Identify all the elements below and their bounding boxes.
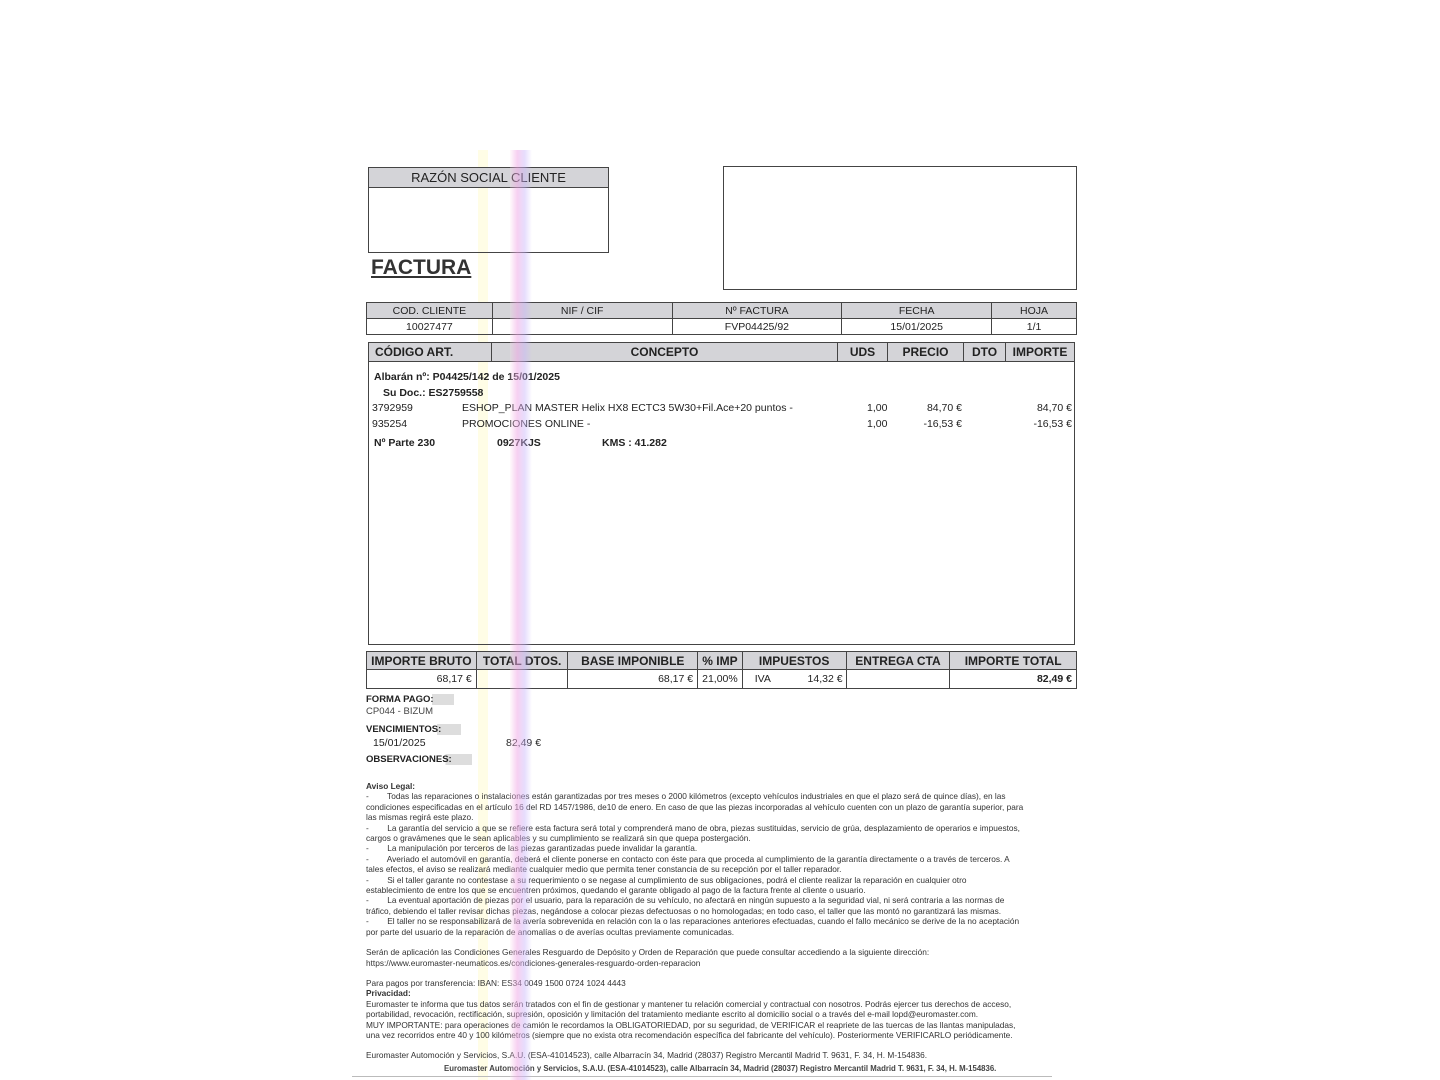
item-concept: PROMOCIONES ONLINE - (462, 418, 590, 430)
bottom-divider (352, 1076, 1052, 1077)
conditions-url: https://www.euromaster-neumaticos.es/con… (366, 958, 1078, 968)
item-uds: 1,00 (867, 418, 887, 430)
legal-line: - Si el taller garante no contestase a s… (366, 875, 1078, 885)
col-num-factura: Nº FACTURA (672, 303, 842, 319)
item-precio: -16,53 € (923, 418, 962, 430)
invoice-info-table: COD. CLIENTE NIF / CIF Nº FACTURA FECHA … (366, 302, 1077, 335)
tax-amount: 14,32 € (808, 673, 843, 685)
su-doc-ref: Su Doc.: ES2759558 (383, 387, 483, 399)
nif-cif (492, 319, 672, 335)
privacy-title: Privacidad: (366, 988, 1078, 998)
pct-imp: 21,00% (698, 670, 743, 689)
page-title: FACTURA (371, 256, 471, 280)
legal-line: - Todas las reparaciones o instalaciones… (366, 791, 1078, 801)
col-pct-imp: % IMP (698, 652, 743, 670)
legal-title: Aviso Legal: (366, 781, 1078, 791)
totals-table: IMPORTE BRUTO TOTAL DTOS. BASE IMPONIBLE… (366, 651, 1077, 689)
invoice-info-header: COD. CLIENTE NIF / CIF Nº FACTURA FECHA … (367, 303, 1077, 319)
invoice-number: FVP04425/92 (672, 319, 842, 335)
kilometers: KMS : 41.282 (602, 437, 667, 449)
invoice-info-values: 10027477 FVP04425/92 15/01/2025 1/1 (367, 319, 1077, 335)
legal-line: - El taller no se responsabilizará de la… (366, 916, 1078, 926)
total-dtos (476, 670, 568, 689)
legal-notice: Aviso Legal: - Todas las reparaciones o … (366, 781, 1078, 1061)
col-codigo-art: CÓDIGO ART. (369, 343, 492, 361)
item-uds: 1,00 (867, 402, 887, 414)
invoice-date: 15/01/2025 (842, 319, 992, 335)
client-code: 10027477 (367, 319, 493, 335)
legal-line: - La eventual aportación de piezas por e… (366, 895, 1078, 905)
col-precio: PRECIO (888, 343, 964, 361)
legal-line: portabilidad, revocación, rectificación,… (366, 1009, 1078, 1019)
legal-line: las mismas regirá este plazo. (366, 812, 1078, 822)
totals-header: IMPORTE BRUTO TOTAL DTOS. BASE IMPONIBLE… (367, 652, 1077, 670)
legal-line: tráfico, debiendo el taller revisar dich… (366, 906, 1078, 916)
item-precio: 84,70 € (927, 402, 962, 414)
vencimientos-label: VENCIMIENTOS: (366, 724, 461, 735)
impuestos-cell: IVA 14,32 € (742, 670, 846, 689)
importe-total: 82,49 € (950, 670, 1077, 689)
legal-line: condiciones especificadas en el artículo… (366, 802, 1078, 812)
legal-line: cargos o gravámenes que le sean aplicabl… (366, 833, 1078, 843)
legal-line: Euromaster te informa que tus datos será… (366, 999, 1078, 1009)
item-code: 935254 (372, 418, 407, 430)
legal-line: tales efectos, el aviso se realizará med… (366, 864, 1078, 874)
iban-text: Para pagos por transferencia: IBAN: ES34… (366, 978, 1078, 988)
vencimiento-importe: 82,49 € (506, 737, 541, 749)
item-importe: 84,70 € (1037, 402, 1072, 414)
page-number: 1/1 (992, 319, 1077, 335)
col-importe: IMPORTE (1006, 343, 1074, 361)
forma-pago-label: FORMA PAGO: (366, 694, 454, 705)
item-concept: ESHOP_PLAN MASTER Helix HX8 ECTC3 5W30+F… (462, 402, 793, 414)
legal-line: - Averiado el automóvil en garantía, deb… (366, 854, 1078, 864)
invoice-lines-header: CÓDIGO ART. CONCEPTO UDS PRECIO DTO IMPO… (369, 343, 1074, 362)
vencimiento-fecha: 15/01/2025 (373, 737, 426, 749)
client-box-title: RAZÓN SOCIAL CLIENTE (369, 168, 608, 188)
col-dto: DTO (964, 343, 1006, 361)
col-hoja: HOJA (992, 303, 1077, 319)
legal-line: - La garantía del servicio a que se refi… (366, 823, 1078, 833)
col-entrega-cta: ENTREGA CTA (846, 652, 950, 670)
legal-lines: - Todas las reparaciones o instalaciones… (366, 791, 1078, 937)
company-footer: Euromaster Automoción y Servicios, S.A.U… (366, 1050, 1078, 1060)
conditions-text: Serán de aplicación las Condiciones Gene… (366, 947, 1078, 957)
legal-line: MUY IMPORTANTE: para operaciones de cami… (366, 1020, 1078, 1030)
col-importe-total: IMPORTE TOTAL (950, 652, 1077, 670)
importe-bruto: 68,17 € (367, 670, 477, 689)
privacy-lines: Euromaster te informa que tus datos será… (366, 999, 1078, 1041)
col-impuestos: IMPUESTOS (742, 652, 846, 670)
col-uds: UDS (838, 343, 888, 361)
company-address-box (723, 166, 1077, 290)
company-footer-bold: Euromaster Automoción y Servicios, S.A.U… (444, 1064, 996, 1073)
base-imponible: 68,17 € (568, 670, 698, 689)
tax-type: IVA (755, 673, 771, 685)
col-importe-bruto: IMPORTE BRUTO (367, 652, 477, 670)
totals-values: 68,17 € 68,17 € 21,00% IVA 14,32 € 82,49… (367, 670, 1077, 689)
col-cod-cliente: COD. CLIENTE (367, 303, 493, 319)
observaciones-label: OBSERVACIONES: (366, 754, 472, 765)
license-plate: 0927KJS (497, 437, 541, 449)
item-code: 3792959 (372, 402, 413, 414)
legal-line: - La manipulación por terceros de las pi… (366, 843, 1078, 853)
parte-number: Nº Parte 230 (374, 437, 435, 449)
legal-line: por parte del usuario de la reparación d… (366, 927, 1078, 937)
legal-line: establecimiento de entre los que se encu… (366, 885, 1078, 895)
item-importe: -16,53 € (1033, 418, 1072, 430)
col-base-imponible: BASE IMPONIBLE (568, 652, 698, 670)
col-total-dtos: TOTAL DTOS. (476, 652, 568, 670)
forma-pago-value: CP044 - BIZUM (366, 706, 433, 717)
legal-line: una vez recorridos entre 40 y 100 kilóme… (366, 1030, 1078, 1040)
col-fecha: FECHA (842, 303, 992, 319)
client-name-box: RAZÓN SOCIAL CLIENTE (368, 167, 609, 253)
invoice-lines-box: CÓDIGO ART. CONCEPTO UDS PRECIO DTO IMPO… (368, 342, 1075, 645)
col-concepto: CONCEPTO (492, 343, 838, 361)
albaran-ref: Albarán nº: P04425/142 de 15/01/2025 (374, 371, 560, 383)
col-nif-cif: NIF / CIF (492, 303, 672, 319)
entrega-cta (846, 670, 950, 689)
